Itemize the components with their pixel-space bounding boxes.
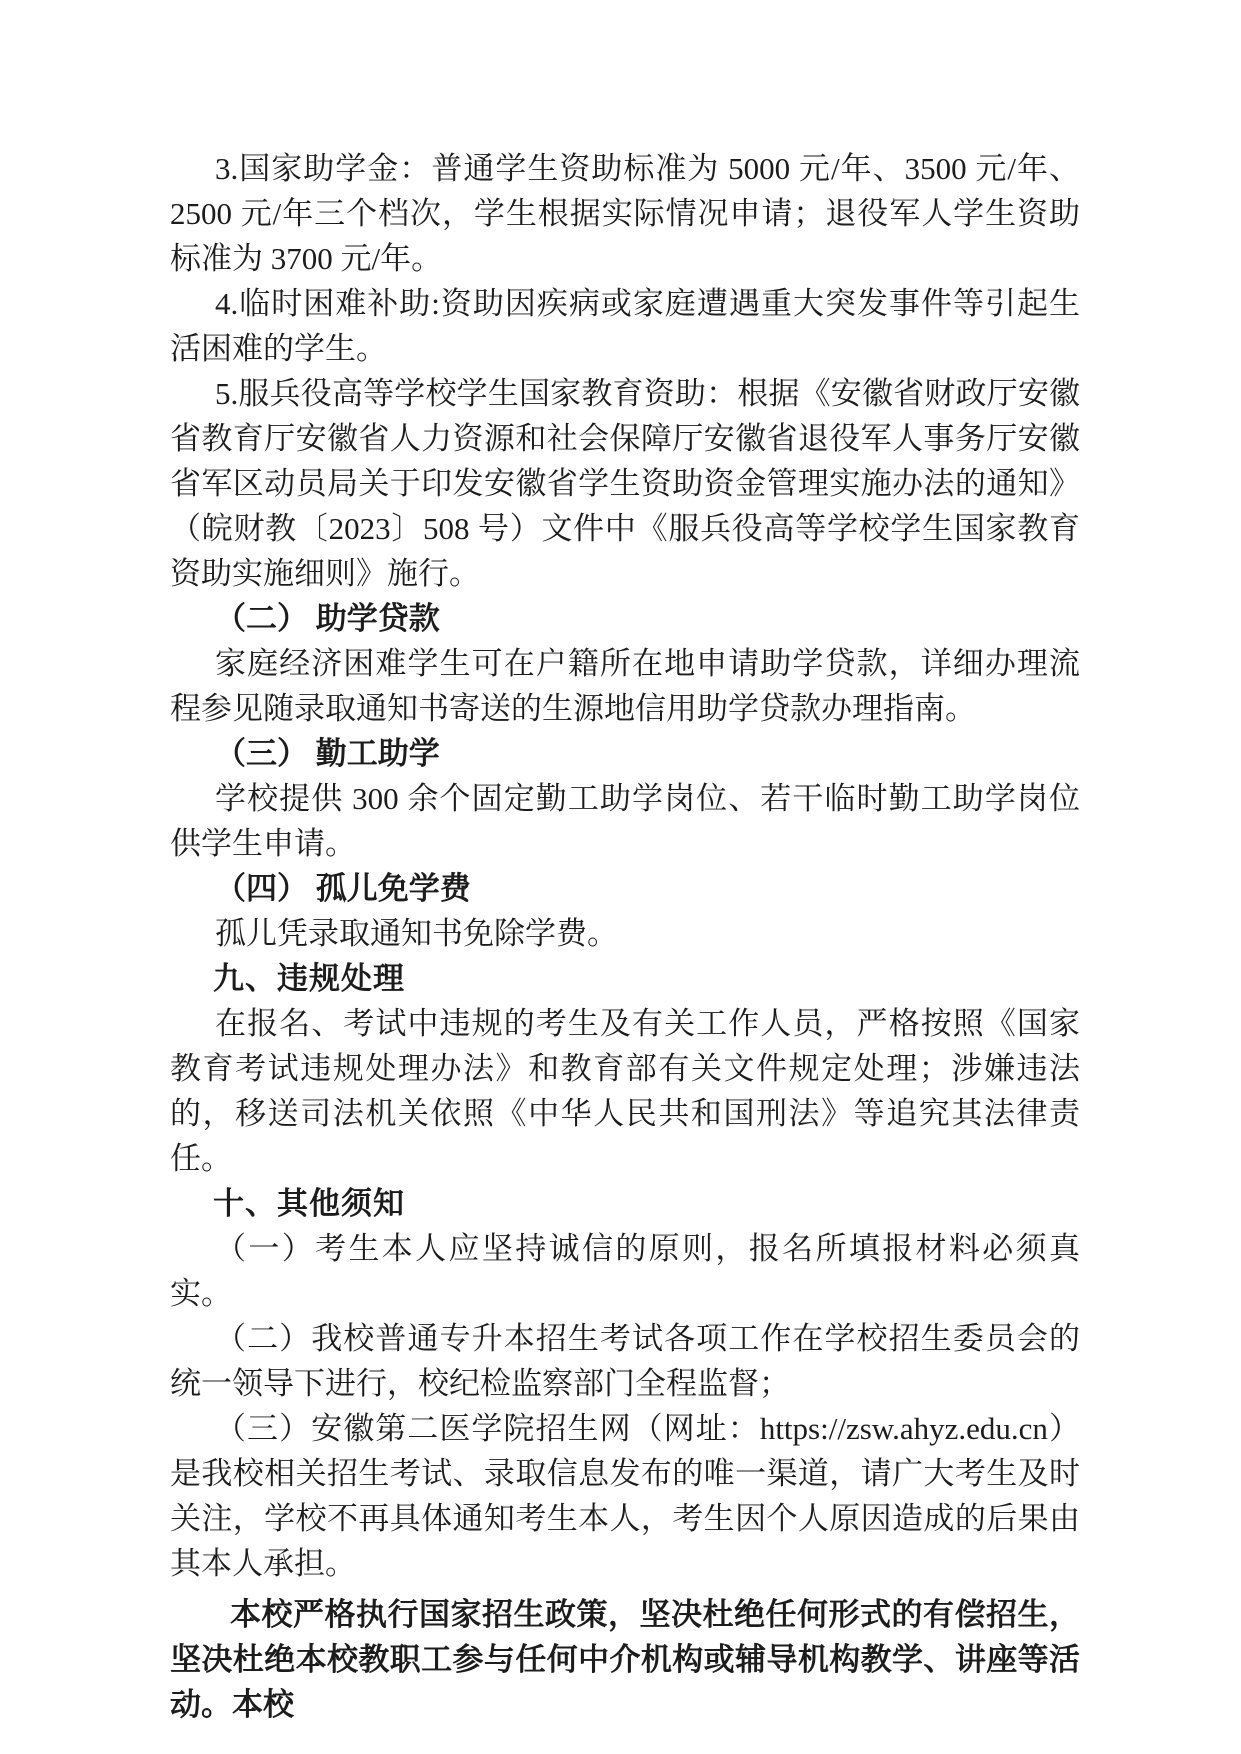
document-page: 3.国家助学金：普通学生资助标准为 5000 元/年、3500 元/年、2500…: [0, 0, 1241, 1754]
paragraph: （三）安徽第二医学院招生网（网址：https://zsw.ahyz.edu.cn…: [170, 1406, 1080, 1586]
paragraph: 3.国家助学金：普通学生资助标准为 5000 元/年、3500 元/年、2500…: [170, 146, 1080, 281]
paragraph: 家庭经济困难学生可在户籍所在地申请助学贷款，详细办理流程参见随录取通知书寄送的生…: [170, 641, 1080, 731]
paragraph: （一）考生本人应坚持诚信的原则，报名所填报材料必须真实。: [170, 1226, 1080, 1316]
paragraph: 在报名、考试中违规的考生及有关工作人员，严格按照《国家教育考试违规处理办法》和教…: [170, 1001, 1080, 1181]
paragraph: 学校提供 300 余个固定勤工助学岗位、若干临时勤工助学岗位供学生申请。: [170, 776, 1080, 866]
paragraph: 5.服兵役高等学校学生国家教育资助：根据《安徽省财政厅安徽省教育厅安徽省人力资源…: [170, 371, 1080, 596]
bold-paragraph: 本校严格执行国家招生政策，坚决杜绝任何形式的有偿招生，坚决杜绝本校教职工参与任何…: [170, 1592, 1080, 1727]
paragraph: 4.临时困难补助:资助因疾病或家庭遭遇重大突发事件等引起生活困难的学生。: [170, 281, 1080, 371]
sub-heading: （三） 勤工助学: [170, 731, 1080, 776]
section-heading: 十、其他须知: [170, 1181, 1080, 1226]
paragraph: （二）我校普通专升本招生考试各项工作在学校招生委员会的统一领导下进行，校纪检监察…: [170, 1316, 1080, 1406]
document-content: 3.国家助学金：普通学生资助标准为 5000 元/年、3500 元/年、2500…: [170, 146, 1080, 1727]
sub-heading: （二） 助学贷款: [170, 596, 1080, 641]
paragraph: 孤儿凭录取通知书免除学费。: [170, 911, 1080, 956]
sub-heading: （四） 孤儿免学费: [170, 866, 1080, 911]
section-heading: 九、违规处理: [170, 956, 1080, 1001]
